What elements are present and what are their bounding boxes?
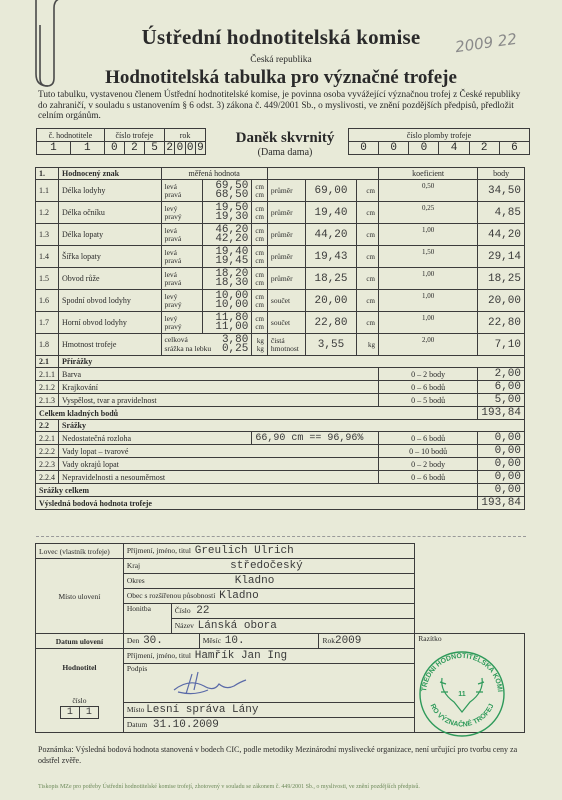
trophy-digit: 5 (144, 142, 164, 155)
unit: cm (255, 279, 264, 287)
row-feature: Nepravidelnosti a nesouměrnost (59, 471, 379, 484)
trophy-digit: 2 (124, 142, 144, 155)
bonus-header: 2.1 Přírážky (36, 356, 525, 368)
point-range: 0 – 10 bodů (378, 445, 477, 458)
blank (415, 544, 525, 559)
form-title: Hodnotitelská tabulka pro význačné trofe… (0, 67, 562, 89)
table-header: 1. Hodnocený znak měřená hodnota koefici… (36, 168, 525, 180)
units: cmcm (252, 290, 268, 312)
right-value: 42,20 (206, 235, 249, 244)
row-feature: Vady okrajů lopat (59, 458, 379, 471)
skull-deduction-value: 0,25 (222, 345, 248, 354)
aggregate-unit: cm (357, 290, 379, 312)
ground-label: Honitba (123, 604, 171, 634)
unit: cm (255, 227, 264, 235)
points: 20,00 (478, 290, 525, 312)
points: 22,80 (478, 312, 525, 334)
field-label: Podpis (127, 664, 147, 673)
commission-stamp-icon: ÚSTŘEDNÍ HODNOTITELSKÁ KOMISE PRO VÝZNAČ… (412, 648, 512, 738)
aggregate-value: 22,80 (305, 312, 356, 334)
ground-name-cell: Název Lánská obora (171, 619, 415, 634)
aggregate-value: 19,43 (305, 246, 356, 268)
day-value: 30. (143, 635, 163, 647)
blank (415, 604, 525, 619)
year-digit: 0 (175, 142, 185, 155)
penalty-total-row: Srážky celkem 0,00 (36, 484, 525, 497)
row-num: 2.2.3 (36, 458, 59, 471)
table-row: 1.8 Hmotnost trofeje celková3,80 srážka … (36, 334, 525, 356)
row-num: 1.2 (36, 202, 59, 224)
unit: cm (255, 315, 264, 323)
right-label: pravá (165, 257, 199, 265)
unit: kg (255, 345, 264, 353)
date-label: Datum ulovení (36, 634, 124, 649)
evaluator-number-box: 1 1 (60, 706, 99, 719)
right-value: 68,50 (206, 191, 249, 200)
points: 0,00 (478, 471, 525, 484)
row-feature: Délka očníku (59, 202, 162, 224)
seal-digit: 0 (409, 142, 439, 155)
unit: cm (255, 301, 264, 309)
year-digit: 0 (185, 142, 195, 155)
row-feature: Hmotnost trofeje (59, 334, 162, 356)
blank (415, 574, 525, 589)
side-labels: levýpravý (161, 312, 202, 334)
ground-name-value: Lánská obora (198, 620, 277, 632)
measured-values: 69,5068,50 (202, 180, 252, 202)
total-label: Srážky celkem (36, 484, 478, 497)
aggregate-label: průměr (267, 268, 305, 290)
aggregate-unit: cm (357, 224, 379, 246)
table-row: 1.5 Obvod růže levápravá 18,2018,30 cmcm… (36, 268, 525, 290)
side-labels: levápravá (161, 180, 202, 202)
seal-digit: 4 (439, 142, 469, 155)
units: cmcm (252, 312, 268, 334)
aggregate-label: průměr (267, 246, 305, 268)
points: 6,00 (478, 381, 525, 394)
aggregate-unit: cm (357, 202, 379, 224)
final-score-label: Výsledná bodová hodnota trofeje (36, 497, 478, 510)
place-label: Místo ulovení (36, 559, 124, 634)
unit: cm (255, 271, 264, 279)
row-feature: Obvod růže (59, 268, 162, 290)
section-title: Přírážky (59, 356, 525, 368)
aggregate-label: průměr (267, 224, 305, 246)
side-labels: levýpravý (161, 202, 202, 224)
total-value: 193,84 (478, 407, 525, 420)
aggregate-value: 18,25 (305, 268, 356, 290)
unit: cm (255, 183, 264, 191)
unit: cm (255, 213, 264, 221)
table-row: 1.4 Šířka lopaty levápravá 19,4019,45 cm… (36, 246, 525, 268)
trophy-digit: 0 (104, 142, 124, 155)
hunter-name: Greulich Ulrich (195, 545, 294, 557)
point-range: 0 – 2 body (378, 458, 477, 471)
aggregate-label: průměr (267, 180, 305, 202)
evaluator-label: Hodnotitel (39, 663, 120, 672)
points: 5,00 (478, 394, 525, 407)
header-coef: koeficient (378, 168, 477, 180)
region-cell: Krajstředočeský (123, 559, 414, 574)
unit: cm (255, 257, 264, 265)
row-num: 2.1.2 (36, 381, 59, 394)
coefficient: 1,00 (378, 312, 477, 334)
points: 7,10 (478, 334, 525, 356)
table-row: 1.1 Délka lodyhy levápravá 69,5068,50 cm… (36, 180, 525, 202)
evaluator-digit: 1 (70, 142, 104, 155)
year-value: 2009 (335, 635, 361, 647)
field-label: Měsíc (203, 636, 221, 645)
unit: cm (255, 293, 264, 301)
side-labels: levápravá (161, 224, 202, 246)
header-points: body (478, 168, 525, 180)
unit: cm (255, 205, 264, 213)
point-range: 0 – 5 bodů (378, 394, 477, 407)
header-measured: měřená hodnota (161, 168, 267, 180)
evaluator-date-cell: Datum 31.10.2009 (123, 718, 414, 733)
month-cell: Měsíc 10. (199, 634, 319, 649)
hunter-name-cell: Příjmení, jméno, titul Greulich Ulrich (123, 544, 414, 559)
bonus-row: 2.1.1 Barva 0 – 2 body 2,00 (36, 368, 525, 381)
coefficient: 1,00 (378, 224, 477, 246)
aggregate-label: průměr (267, 202, 305, 224)
side-labels: levápravá (161, 268, 202, 290)
svg-text:ÚSTŘEDNÍ HODNOTITELSKÁ KOMISE: ÚSTŘEDNÍ HODNOTITELSKÁ KOMISE (412, 648, 503, 692)
penalty-row: 2.2.1 Nedostatečná rozloha 66,90 cm == 9… (36, 432, 525, 445)
aggregate-unit: kg (357, 334, 379, 356)
side-labels: levápravá (161, 246, 202, 268)
unit: cm (255, 249, 264, 257)
header-feature: Hodnocený znak (59, 168, 162, 180)
day-cell: Den 30. (123, 634, 199, 649)
row-num: 2.2.2 (36, 445, 59, 458)
row-num: 1.8 (36, 334, 59, 356)
row-num: 1.4 (36, 246, 59, 268)
year-digit: 9 (195, 142, 205, 155)
print-note: Tiskopis MZe pro potřeby Ústřední hodnot… (38, 784, 538, 790)
units: cmcm (252, 246, 268, 268)
evaluator-place: Lesní správa Lány (146, 704, 258, 716)
aggregate-value: 19,40 (305, 202, 356, 224)
unit: cm (255, 235, 264, 243)
seal-no-label: číslo plomby trofeje (349, 129, 530, 142)
aggregate-value: 3,55 (305, 334, 356, 356)
country-subtitle: Česká republika (0, 55, 562, 65)
field-label: Příjmení, jméno, titul (127, 546, 191, 555)
evaluator-name-cell: Příjmení, jméno, titul Hamřík Jan Ing (123, 649, 414, 664)
units: kgkg (252, 334, 268, 356)
right-label: pravá (165, 235, 199, 243)
district-value: Kladno (235, 575, 275, 587)
right-label: pravý (165, 301, 199, 309)
point-range: 0 – 2 body (378, 368, 477, 381)
right-label: pravá (165, 191, 199, 199)
field-label: Okres (127, 576, 145, 585)
aggregate-label: součet (267, 312, 305, 334)
row-num: 1.3 (36, 224, 59, 246)
positive-total-row: Celkem kladných bodů 193,84 (36, 407, 525, 420)
measured-values: 18,2018,30 (202, 268, 252, 290)
municipality-value: Kladno (219, 590, 259, 602)
section-num: 2.2 (36, 420, 59, 432)
aggregate-unit: cm (357, 268, 379, 290)
field-label: Den (127, 636, 140, 645)
signature-cell: Podpis (123, 664, 414, 703)
row-num: 1.6 (36, 290, 59, 312)
measured-values: 19,4019,45 (202, 246, 252, 268)
row-feature: Délka lodyhy (59, 180, 162, 202)
unit: cm (255, 323, 264, 331)
measured-values: 11,8011,00 (202, 312, 252, 334)
right-label: pravá (165, 279, 199, 287)
row-feature: Délka lopaty (59, 224, 162, 246)
ground-no-cell: Číslo 22 (171, 604, 415, 619)
seal-digit: 0 (379, 142, 409, 155)
table-row: 1.6 Spodní obvod lodyhy levýpravý 10,001… (36, 290, 525, 312)
region-value: středočeský (230, 560, 303, 572)
right-value: 18,30 (206, 279, 249, 288)
field-label: Název (175, 621, 194, 630)
evaluator-number-label: číslo (39, 696, 120, 705)
units: cmcm (252, 180, 268, 202)
field-label: Kraj (127, 561, 140, 570)
evaluator-digit: 1 (37, 142, 71, 155)
evaluator-number-digit: 1 (80, 707, 98, 718)
aggregate-value: 69,00 (305, 180, 356, 202)
evaluation-table: 1. Hodnocený znak měřená hodnota koefici… (35, 167, 525, 510)
coefficient: 1,00 (378, 268, 477, 290)
right-value: 19,30 (206, 213, 249, 222)
aggregate-value: 20,00 (305, 290, 356, 312)
penalty-header: 2.2 Srážky (36, 420, 525, 432)
svg-text:11: 11 (458, 691, 466, 698)
coefficient: 0,50 (378, 180, 477, 202)
species-name: Daněk skvrnitý (210, 130, 360, 147)
aggregate-label: součet (267, 290, 305, 312)
row-num: 2.2.4 (36, 471, 59, 484)
aggregate-value: 44,20 (305, 224, 356, 246)
right-value: 19,45 (206, 257, 249, 266)
field-label: Číslo (175, 606, 191, 615)
aggregate-unit: cm (357, 246, 379, 268)
units: cmcm (252, 268, 268, 290)
header-num: 1. (36, 168, 59, 180)
seal-digit: 2 (469, 142, 499, 155)
district-cell: OkresKladno (123, 574, 414, 589)
row-num: 1.1 (36, 180, 59, 202)
right-value: 10,00 (206, 301, 249, 310)
coefficient: 1,00 (378, 290, 477, 312)
seal-number-table: číslo plomby trofeje 0 0 0 4 2 6 (348, 128, 530, 155)
total-label: Celkem kladných bodů (36, 407, 478, 420)
field-label: Obec s rozšířenou působností (127, 591, 216, 600)
section-title: Srážky (59, 420, 525, 432)
bonus-row: 2.1.2 Krajkování 0 – 6 bodů 6,00 (36, 381, 525, 394)
points: 29,14 (478, 246, 525, 268)
section-num: 2.1 (36, 356, 59, 368)
points: 18,25 (478, 268, 525, 290)
evaluator-cell: Hodnotitel číslo 1 1 (36, 649, 124, 733)
table-row: 1.2 Délka očníku levýpravý 19,5019,30 cm… (36, 202, 525, 224)
footnote: Poznámka: Výsledná bodová hodnota stanov… (38, 744, 518, 766)
evaluator-no-label: č. hodnotitele (37, 129, 105, 142)
point-range: 0 – 6 bodů (378, 471, 477, 484)
right-label: pravý (165, 213, 199, 221)
trophy-no-label: číslo trofeje (104, 129, 164, 142)
row-feature: Vyspělost, tvar a pravidelnost (59, 394, 379, 407)
units: cmcm (252, 202, 268, 224)
row-num: 2.2.1 (36, 432, 59, 445)
row-feature: Nedostatečná rozloha (59, 432, 252, 445)
ground-no-value: 22 (196, 605, 209, 617)
species-latin: (Dama dama) (210, 147, 360, 158)
weight-values: celková3,80 srážka na lebku0,25 (161, 334, 252, 356)
row-feature: Spodní obvod lodyhy (59, 290, 162, 312)
points: 2,00 (478, 368, 525, 381)
unit: kg (255, 337, 264, 345)
row-feature: Šířka lopaty (59, 246, 162, 268)
blank (415, 619, 525, 634)
field-label: Místo (127, 705, 145, 714)
total-value: 0,00 (478, 484, 525, 497)
coefficient: 1,50 (378, 246, 477, 268)
coefficient: 2,00 (378, 334, 477, 356)
points: 34,50 (478, 180, 525, 202)
field-label: Datum (127, 720, 147, 729)
year-label: rok (165, 129, 206, 142)
aggregate-label: čistá hmotnost (267, 334, 305, 356)
intro-text: Tuto tabulku, vystavenou členem Ústřední… (38, 90, 528, 122)
field-label: Příjmení, jméno, titul (127, 651, 191, 660)
row-feature: Vady lopat – tvarové (59, 445, 379, 458)
final-score-value: 193,84 (478, 497, 525, 510)
evaluator-number-digit: 1 (61, 707, 80, 718)
table-row: 1.3 Délka lopaty levápravá 46,2042,20 cm… (36, 224, 525, 246)
header-aggregate (267, 168, 378, 180)
field-label: Rok (322, 636, 335, 645)
year-cell: Rok2009 (319, 634, 415, 649)
trophy-id-table: č. hodnotitele číslo trofeje rok 1 1 0 2… (36, 128, 206, 155)
measured-values: 19,5019,30 (202, 202, 252, 224)
evaluator-date: 31.10.2009 (153, 719, 219, 731)
seal-digit: 6 (499, 142, 529, 155)
points: 0,00 (478, 445, 525, 458)
points: 44,20 (478, 224, 525, 246)
units: cmcm (252, 224, 268, 246)
stamp-label: Razítko (418, 634, 441, 643)
side-labels: levýpravý (161, 290, 202, 312)
seal-digit: 0 (349, 142, 379, 155)
measured-values: 10,0010,00 (202, 290, 252, 312)
row-feature: Horní obvod lodyhy (59, 312, 162, 334)
right-label: pravý (165, 323, 199, 331)
species: Daněk skvrnitý (Dama dama) (210, 130, 360, 158)
row-num: 2.1.1 (36, 368, 59, 381)
row-num: 1.5 (36, 268, 59, 290)
hunter-label: Lovec (vlastník trofeje) (36, 544, 124, 559)
evaluator-place-cell: Místo Lesní správa Lány (123, 703, 414, 718)
bonus-row: 2.1.3 Vyspělost, tvar a pravidelnost 0 –… (36, 394, 525, 407)
row-feature: Krajkování (59, 381, 379, 394)
evaluator-name: Hamřík Jan Ing (195, 650, 287, 662)
coefficient: 0,25 (378, 202, 477, 224)
row-num: 2.1.3 (36, 394, 59, 407)
row-feature: Barva (59, 368, 379, 381)
points: 0,00 (478, 432, 525, 445)
table-row: 1.7 Horní obvod lodyhy levýpravý 11,8011… (36, 312, 525, 334)
blank (415, 589, 525, 604)
final-score-row: Výsledná bodová hodnota trofeje 193,84 (36, 497, 525, 510)
skull-deduction-label: srážka na lebku (165, 345, 212, 354)
points: 4,85 (478, 202, 525, 224)
spread-note: 66,90 cm == 96,96% (252, 432, 379, 445)
measured-values: 46,2042,20 (202, 224, 252, 246)
blank (415, 559, 525, 574)
unit: cm (255, 191, 264, 199)
penalty-row: 2.2.4 Nepravidelnosti a nesouměrnost 0 –… (36, 471, 525, 484)
points: 0,00 (478, 458, 525, 471)
point-range: 0 – 6 bodů (378, 432, 477, 445)
row-num: 1.7 (36, 312, 59, 334)
right-value: 11,00 (206, 323, 249, 332)
point-range: 0 – 6 bodů (378, 381, 477, 394)
aggregate-unit: cm (357, 180, 379, 202)
penalty-row: 2.2.3 Vady okrajů lopat 0 – 2 body 0,00 (36, 458, 525, 471)
year-digit: 2 (165, 142, 175, 155)
month-value: 10. (225, 635, 245, 647)
municipality-cell: Obec s rozšířenou působností Kladno (123, 589, 414, 604)
penalty-row: 2.2.2 Vady lopat – tvarové 0 – 10 bodů 0… (36, 445, 525, 458)
separator (36, 536, 526, 537)
signature-icon (164, 668, 254, 700)
aggregate-unit: cm (357, 312, 379, 334)
